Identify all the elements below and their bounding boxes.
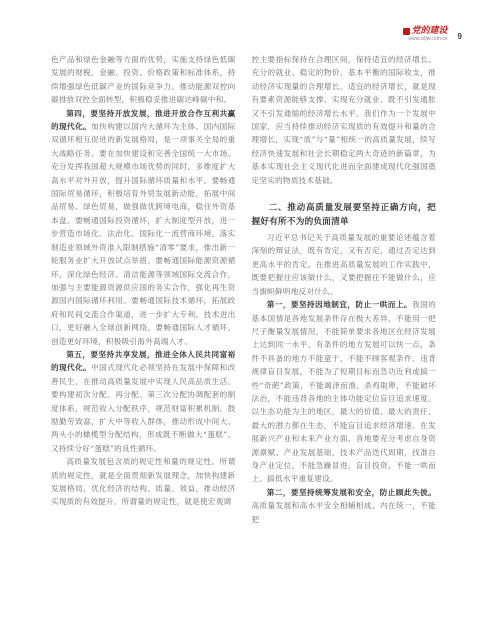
paragraph: 第二，要坚持统筹发展和安全，防止顾此失彼。高质量发展和高水平安全相辅相成、内在统… [252,486,437,526]
logo-text: 党的建设 [412,26,448,36]
paragraph: 第五，要坚持共享发展，推进全体人民共同富裕的现代化。中国式现代化必须坚持在发展中… [51,348,236,455]
point-heading: 第二，要坚持统筹发展和安全，防止顾此失彼。 [267,488,436,497]
logo-url: www.sdjw.com.cn [408,36,447,42]
paragraph: 第一，要坚持因地制宜，防止一哄而上。我国的基本国情是各地发展条件存在极大差异，不… [252,298,437,486]
paragraph: 色产品和绿色金融等方面的优势，实施支持绿色低碳发展的财税、金融、投资、价格政策和… [51,53,236,107]
flag-icon [403,28,410,35]
paragraph-text: 高质量发展和高水平安全相辅相成、内在统一，不能把 [252,501,437,523]
paragraph: 高质量发展包含质的规定性和量的规定性。所谓质的规定性，就是全面贯彻新发展理念，加… [51,455,236,509]
section-heading: 二、推动高质量发展要坚持正确方向，把握好有所不为的负面清单 [252,201,437,229]
publication-logo: 党的建设 www.sdjw.com.cn [403,26,448,42]
paragraph-text: 我国的基本国情是各地发展条件存在极大差异，不能用一把尺子衡量发展情况，不能简单要… [252,300,437,483]
paragraph: 第四，要坚持开放发展，推进开放合作互利共赢的现代化。加快构建以国内大循环为主体、… [51,107,236,348]
page-number: 9 [458,32,462,42]
page-header: 党的建设 www.sdjw.com.cn 9 [403,26,462,42]
paragraph-text: 中国式现代化必须坚持在发展中保障和改善民生，在推动高质量发展中实现人民高品质生活… [51,363,236,452]
article-body: 色产品和绿色金融等方面的优势，实施支持绿色低碳发展的财税、金融、投资、价格政策和… [51,53,436,526]
paragraph-text: 加快构建以国内大循环为主体、国内国际双循环相互促进的新发展格局，是一项事关全局的… [51,122,236,346]
left-column: 色产品和绿色金融等方面的优势，实施支持绿色低碳发展的财税、金融、投资、价格政策和… [51,53,236,526]
paragraph: 控主要指标保持在合理区间，保持适宜的经济增长、充分的就业、稳定的物价、基本平衡的… [252,53,437,187]
logo-mark: 党的建设 [403,26,448,36]
paragraph: 习近平总书记关于高质量发展的重要论述蕴含着深刻的辩证法，既有肯定，又有否定，通过… [252,231,437,298]
point-heading: 第一，要坚持因地制宜，防止一哄而上。 [267,300,412,309]
right-column: 控主要指标保持在合理区间，保持适宜的经济增长、充分的就业、稳定的物价、基本平衡的… [252,53,437,526]
